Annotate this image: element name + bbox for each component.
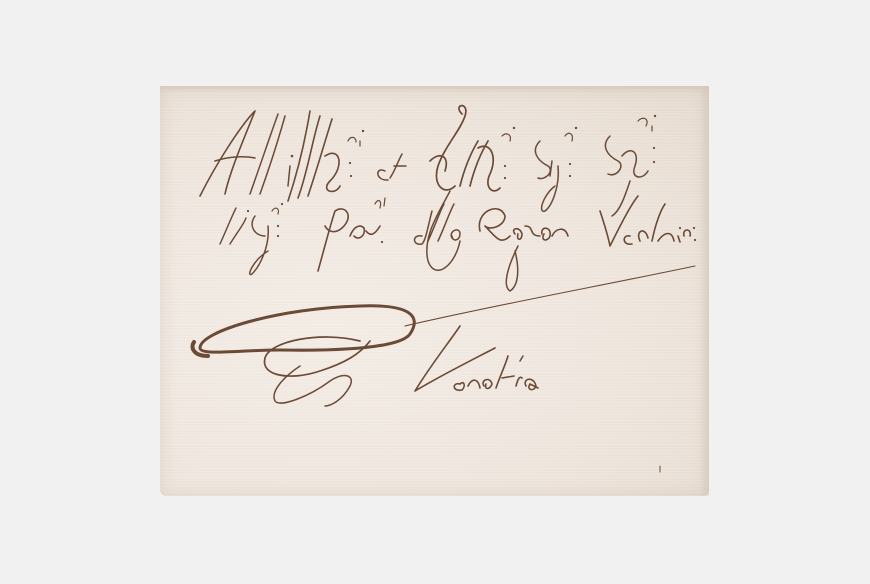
- address-line-1-strokes: [200, 106, 656, 271]
- handwriting-ink: [160, 86, 709, 496]
- letter-cover: Alli Ill.mi et Ecc.mi Sig.ri Sig.ri li S…: [160, 86, 709, 496]
- address-line-2-strokes: [220, 196, 696, 291]
- destination-strokes: [193, 266, 695, 406]
